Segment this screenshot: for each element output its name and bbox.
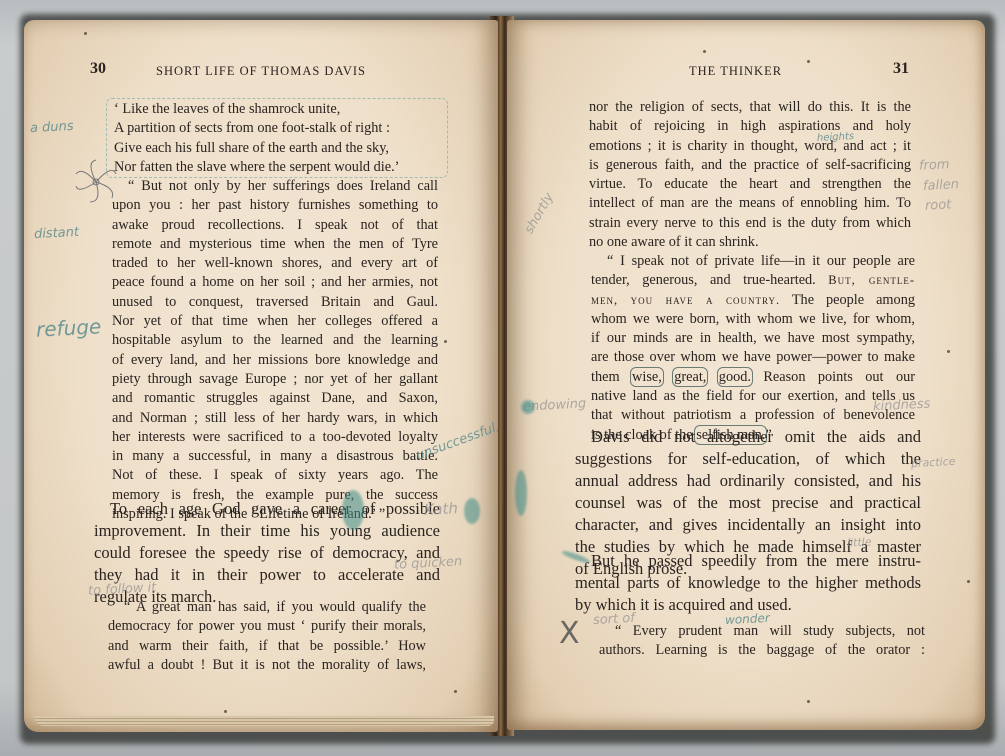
text-line: suggestions for self-education, of which…: [575, 448, 921, 470]
margin-note: sort of: [593, 611, 636, 628]
text-line: mental parts of knowledge to the higher …: [575, 572, 921, 594]
quote-block: “ But not only by her sufferings does Ir…: [112, 177, 438, 524]
quote-block-3: “ Every prudent man will study subjects,…: [599, 622, 925, 661]
body-paragraph-2: But he passed speedily from the mere ins…: [575, 550, 921, 616]
text-line: are those over whom we have power—power …: [591, 348, 915, 367]
quote-block: nor the religion of sects, that will do …: [589, 98, 911, 252]
text-line: and Norman ; still less of her hardy war…: [112, 409, 438, 428]
ink-stain: [342, 490, 364, 530]
text-line: “ I speak not of private life—in it our …: [591, 252, 915, 271]
ink-stain: [515, 470, 527, 516]
text-line: is generous faith, and the practice of s…: [589, 156, 911, 175]
text-line: But he passed speedily from the mere ins…: [575, 550, 921, 572]
text-line: emotions ; it is charity in thought, wor…: [589, 137, 911, 156]
text-line: counsel was of the most precise and prac…: [575, 492, 921, 514]
text-line: in many a successful, in many a disastro…: [112, 447, 438, 466]
text-line: remote and mysterious time when the men …: [112, 235, 438, 254]
x-mark-icon: X: [559, 616, 580, 651]
text-line: annual address had ordinarily consisted,…: [575, 470, 921, 492]
page-number: 30: [90, 60, 106, 78]
margin-note: kindness: [873, 397, 931, 415]
margin-note: fallen: [923, 177, 960, 194]
text-line: democracy for power you must ‘ purify th…: [108, 617, 426, 636]
text-line: Not of these. I speak of sixty years ago…: [112, 466, 438, 485]
margin-note: wonder: [725, 611, 770, 627]
text-line: strain every nerve to this end is the du…: [589, 214, 911, 233]
left-page: 30 SHORT LIFE OF THOMAS DAVIS ‘ Like the…: [24, 20, 498, 732]
margin-note: to quicken: [394, 554, 463, 573]
margin-note: shortly: [522, 190, 557, 236]
text-line: awful a doubt ! But it is not the morali…: [108, 656, 426, 675]
text-line: virtue. To educate the heart and strengt…: [589, 175, 911, 194]
text-line: that without patriotism a profession of …: [591, 406, 915, 425]
text-line: Nor yet of that time when her colleges o…: [112, 312, 438, 331]
text-line: her interests were sacrificed to a too-d…: [112, 428, 438, 447]
text-line: no one aware of it can shrink.: [589, 233, 911, 252]
ink-stain: [464, 498, 480, 524]
text-line: “ A great man has said, if you would qua…: [108, 598, 426, 617]
margin-note: heights: [817, 131, 855, 144]
text-line: native land as the field for our exertio…: [591, 387, 915, 406]
text-line: hospitable asylum to the learned and the…: [112, 331, 438, 350]
margin-note: a duns: [30, 119, 74, 136]
text-line: if our minds are in health, we have most…: [591, 329, 915, 348]
text-line: and romantic struggles against Dane, and…: [112, 389, 438, 408]
quote-block-2: “ I speak not of private life—in it our …: [591, 252, 915, 445]
text-line: them wise, great, good. Reason points ou…: [591, 368, 915, 387]
ink-stain: [521, 400, 535, 414]
bracket-annotation: [106, 98, 448, 178]
text-line: peace found a home on her soil ; and her…: [112, 273, 438, 292]
text-line: and warm their faith, if that be possibl…: [108, 637, 426, 656]
text-line: of every land, and her missions bore kno…: [112, 351, 438, 370]
text-line: habit of rejoicing in high aspirations a…: [589, 117, 911, 136]
text-line: awake proud recollections. I speak not o…: [112, 216, 438, 235]
text-line: unused to conquest, traversed Britain an…: [112, 293, 438, 312]
text-line: upon you : her past history furnishes so…: [112, 196, 438, 215]
text-line: tender, generous, and true-hearted. But,…: [591, 271, 915, 290]
text-line: men, you have a country. The people amon…: [591, 291, 915, 310]
margin-note: little: [847, 535, 872, 549]
text-line: traded to her well-known shores, and eve…: [112, 254, 438, 273]
margin-note: practice: [911, 455, 956, 470]
margin-note: from: [919, 157, 950, 174]
margin-note: root: [925, 197, 952, 213]
running-head: THE THINKER: [689, 64, 782, 79]
text-line: improvement. In their time his young aud…: [94, 520, 440, 542]
text-line: whom we were born, with whom we live, fo…: [591, 310, 915, 329]
page-edges: [34, 716, 494, 726]
running-head: SHORT LIFE OF THOMAS DAVIS: [156, 64, 366, 79]
text-line: nor the religion of sects, that will do …: [589, 98, 911, 117]
text-line: authors. Learning is the baggage of the …: [599, 641, 925, 660]
margin-note: refuge: [35, 314, 101, 341]
text-line: intellect of man are the means of ennobl…: [589, 194, 911, 213]
margin-note: distant: [34, 225, 80, 242]
quote-block-2: “ A great man has said, if you would qua…: [108, 598, 426, 675]
page-number: 31: [893, 60, 909, 78]
text-line: character, and gives incidentally an ins…: [575, 514, 921, 536]
text-line: Davis did not altogether omit the aids a…: [575, 426, 921, 448]
text-line: piety through savage Europe ; nor yet of…: [112, 370, 438, 389]
text-line: To each age God gave a career of possibl…: [94, 498, 440, 520]
margin-note: Kath: [424, 499, 459, 519]
text-line: could foresee the speedy rise of democra…: [94, 542, 440, 564]
text-line: “ But not only by her sufferings does Ir…: [112, 177, 438, 196]
right-page: THE THINKER 31 nor the religion of sects…: [507, 20, 985, 730]
